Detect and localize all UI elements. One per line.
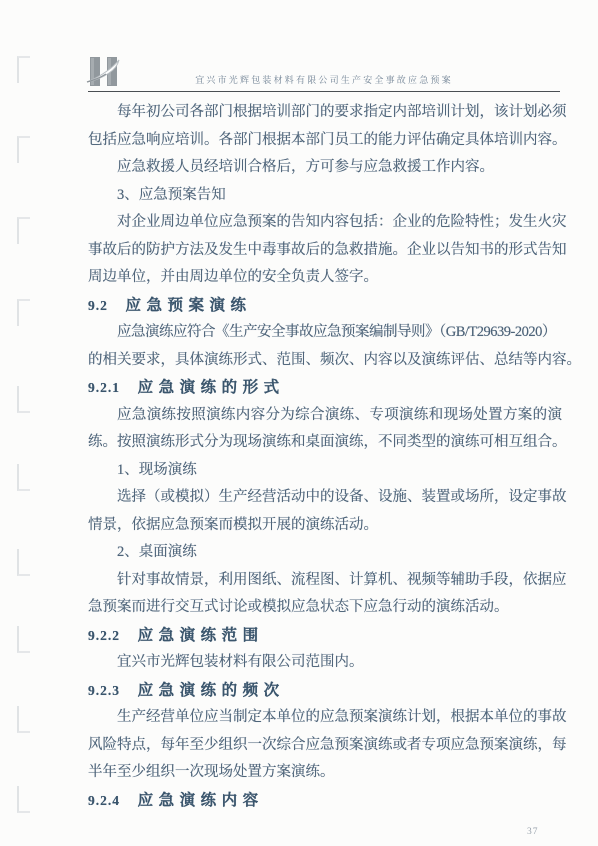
paragraph-line: 针对事故情景，利用图纸、流程图、计算机、视频等辅助手段，依据应 (88, 567, 562, 595)
scan-mark (17, 299, 30, 326)
section-heading: 9.2.2 应急演练范围 (88, 622, 562, 650)
scan-mark (17, 549, 30, 576)
section-title: 应急预案演练 (126, 297, 252, 314)
scan-mark (17, 626, 30, 653)
list-item-line: 3、应急预案告知 (88, 182, 562, 210)
scan-mark (17, 386, 30, 413)
document-body: 每年初公司各部门根据培训部门的要求指定内部培训计划，该计划必须 包括应急响应培训… (88, 99, 562, 814)
paragraph-line: 应急演练应符合《生产安全事故应急预案编制导则》（GB/T29639-2020） (88, 319, 562, 347)
paragraph-line: 应急救援人员经培训合格后，方可参与应急救援工作内容。 (88, 154, 562, 182)
scan-mark (17, 217, 30, 244)
section-title: 应急演练范围 (138, 627, 264, 644)
paragraph-line: 风险特点，每年至少组织一次综合应急预案演练或者专项应急预案演练，每 (88, 732, 562, 760)
section-heading: 9.2.3 应急演练的频次 (88, 677, 562, 705)
section-number: 9.2.1 (88, 380, 120, 395)
scan-mark (17, 136, 30, 163)
section-title: 应急演练的频次 (138, 682, 285, 699)
scan-mark (17, 56, 30, 83)
paragraph-line: 对企业周边单位应急预案的告知内容包括：企业的危险特性；发生火灾 (88, 209, 562, 237)
scan-mark (17, 786, 30, 813)
paragraph-line: 宜兴市光辉包装材料有限公司范围内。 (88, 649, 562, 677)
paragraph-line: 半年至少组织一次现场处置方案演练。 (88, 759, 562, 787)
section-heading: 9.2.1 应急演练的形式 (88, 374, 562, 402)
header-rule (88, 91, 560, 92)
section-number: 9.2.4 (88, 793, 120, 808)
section-heading: 9.2.4 应急演练内容 (88, 787, 562, 815)
paragraph-line: 事故后的防护方法及发生中毒事故后的急救措施。企业以告知书的形式告知 (88, 237, 562, 265)
list-item-line: 1、现场演练 (88, 457, 562, 485)
section-number: 9.2.3 (88, 683, 120, 698)
section-number: 9.2.2 (88, 628, 120, 643)
paragraph-line: 生产经营单位应当制定本单位的应急预案演练计划，根据本单位的事故 (88, 704, 562, 732)
scan-mark (17, 464, 30, 491)
paragraph-line: 情景，依据应急预案而模拟开展的演练活动。 (88, 512, 562, 540)
scan-mark (17, 706, 30, 733)
header-title: 宜兴市光辉包装材料有限公司生产安全事故应急预案 (88, 73, 560, 86)
section-title: 应急演练内容 (138, 792, 264, 809)
section-heading: 9.2 应急预案演练 (88, 292, 562, 320)
paragraph-line: 包括应急响应培训。各部门根据本部门员工的能力评估确定具体培训内容。 (88, 127, 562, 155)
section-title: 应急演练的形式 (138, 379, 285, 396)
paragraph-line: 周边单位，并由周边单位的安全负责人签字。 (88, 264, 562, 292)
document-page: 宜兴市光辉包装材料有限公司生产安全事故应急预案 每年初公司各部门根据培训部门的要… (0, 0, 598, 846)
paragraph-line: 急预案而进行交互式讨论或模拟应急状态下应急行动的演练活动。 (88, 594, 562, 622)
paragraph-line: 选择（或模拟）生产经营活动中的设备、设施、装置或场所，设定事故 (88, 484, 562, 512)
paragraph-line: 每年初公司各部门根据培训部门的要求指定内部培训计划，该计划必须 (88, 99, 562, 127)
list-item-line: 2、桌面演练 (88, 539, 562, 567)
section-number: 9.2 (88, 298, 108, 313)
paragraph-line: 应急演练按照演练内容分为综合演练、专项演练和现场处置方案的演 (88, 402, 562, 430)
paragraph-line: 的相关要求，具体演练形式、范围、频次、内容以及演练评估、总结等内容。 (88, 347, 562, 375)
paragraph-line: 练。按照演练形式分为现场演练和桌面演练，不同类型的演练可相互组合。 (88, 429, 562, 457)
page-number: 37 (527, 827, 539, 837)
